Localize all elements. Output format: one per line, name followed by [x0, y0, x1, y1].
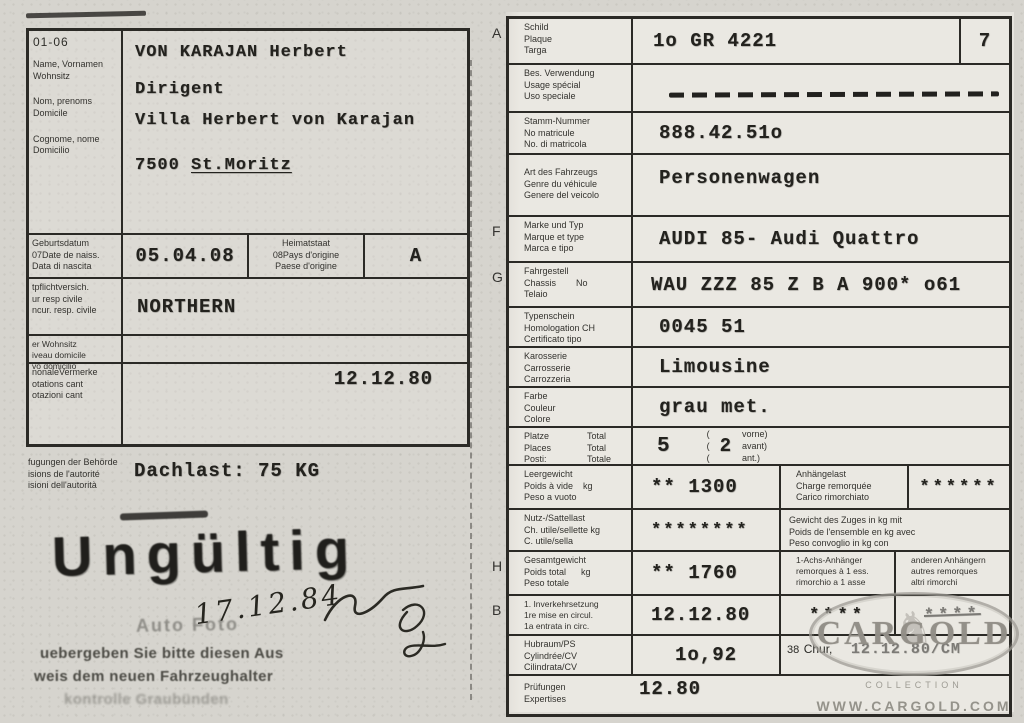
decisions-block: fugungen der Behörde isions de l'autorit…	[26, 454, 476, 494]
colour-value: grau met.	[659, 396, 771, 418]
vehicle-type-value-cell: Personenwagen	[631, 155, 1009, 215]
name-label-de: Name, Vornamen Wohnsitz	[29, 59, 121, 96]
body-label: Karosserie Carrosserie Carrozzeria	[509, 348, 631, 386]
homologation-label: Typenschein Homologation CH Certificato …	[509, 308, 631, 346]
corner-seven: 7	[979, 30, 991, 52]
trailer-load-value: ******	[919, 478, 998, 497]
margin-letter-a: A	[492, 25, 501, 41]
trailer-load-value-cell: ******	[907, 466, 1009, 508]
body-value: Limousine	[659, 356, 771, 378]
row-seats: Platze Places Posti: Total Total Totale …	[509, 428, 1009, 466]
name-label-fr: Nom, prenoms Domicile	[29, 96, 121, 133]
birthdate-value: 05.04.08	[135, 245, 234, 267]
row-residence: er Wohnsitz iveau domicile vo domicilio	[29, 336, 467, 364]
insurance-value: NORTHERN	[137, 296, 236, 318]
origin-label: Heimatstaat 08Pays d'origine Paese d'ori…	[247, 235, 363, 277]
chassis-label: Fahrgestell Chassis No Telaio	[509, 263, 631, 306]
payload-label: Nutz-/Sattellast Ch. utile/sellette kg C…	[509, 510, 631, 550]
holder-profession: Dirigent	[135, 80, 467, 99]
row-weights-2: Nutz-/Sattellast Ch. utile/sellette kg C…	[509, 510, 1009, 552]
row-insurance: tpflichtversich. ur resp civile ncur. re…	[29, 279, 467, 336]
empty-weight-value: ** 1300	[651, 476, 738, 498]
insurance-value-cell: NORTHERN	[121, 279, 467, 334]
payload-value-cell: ********	[631, 510, 779, 550]
margin-letter-b: B	[492, 602, 501, 618]
origin-value-cell: A	[363, 235, 467, 277]
row-first-registration: B 1. Inverkehrsetzung 1re mise en circul…	[509, 596, 1009, 636]
origin-value: A	[410, 245, 422, 267]
empty-weight-value-cell: ** 1300	[631, 466, 779, 508]
seats-front-labels: vorne) avant) ant.)	[742, 428, 768, 464]
make-value-cell: AUDI 85- Audi Quattro	[631, 217, 1009, 261]
inspections-value: 12.80	[639, 678, 701, 700]
plate-label: Schild Plaque Targa	[509, 19, 631, 63]
total-weight-value-cell: ** 1760	[631, 552, 779, 594]
row-remarks: nonaleVermerke otations cant otazioni ca…	[29, 364, 467, 444]
seats-label-right: Total Total Totale	[584, 428, 613, 464]
row-make: F Marke und Typ Marque et type Marca e t…	[509, 217, 1009, 263]
seats-value-cell: 5 ( ( ( 2 vorne) avant) ant.)	[631, 428, 1009, 464]
total-weight-label: Gesamtgewicht Poids total kg Peso totale	[509, 552, 631, 594]
serial-value: 888.42.51o	[659, 122, 783, 144]
row-name: 01-06 Name, Vornamen Wohnsitz Nom, preno…	[29, 31, 467, 235]
colour-label: Farbe Couleur Colore	[509, 388, 631, 426]
issue-place-cell: 38 Chur, 12.12.80/CM	[779, 636, 1009, 674]
first-reg-label: 1. Inverkehrsetzung 1re mise en circul. …	[509, 596, 631, 634]
displacement-value: 1o,92	[675, 644, 737, 666]
row-vehicle-type: Art des Fahrzeugs Genre du véhicule Gene…	[509, 155, 1009, 217]
birthdate-value-cell: 05.04.08	[121, 235, 247, 277]
other-trailer-value: ****	[924, 605, 981, 626]
row-chassis: G Fahrgestell Chassis No Telaio WAU ZZZ …	[509, 263, 1009, 308]
colour-value-cell: grau met.	[631, 388, 1009, 426]
first-reg-value: 12.12.80	[651, 604, 750, 626]
row-birthdate: Geburtsdatum 07Date de naiss. Data di na…	[29, 235, 467, 279]
displacement-value-cell: 1o,92	[631, 636, 779, 674]
row-weights-3: H Gesamtgewicht Poids total kg Peso tota…	[509, 552, 1009, 596]
seats-label-left: Platze Places Posti:	[509, 428, 584, 464]
stamp-smudge	[120, 510, 208, 520]
issue-place-num: 38	[787, 644, 799, 656]
row-inspections: Prüfungen Expertises 12.80	[509, 676, 1009, 714]
make-value: AUDI 85- Audi Quattro	[659, 228, 919, 250]
single-axle-value-cell: ****	[779, 596, 894, 634]
note-line1: uebergeben Sie bitte diesen Aus	[40, 645, 284, 662]
empty-weight-label: Leergewicht Poids à vide kg Peso a vuoto	[509, 466, 631, 508]
margin-letter-h: H	[492, 558, 502, 574]
row-serial: Stamm-Nummer No matricule No. di matrico…	[509, 113, 1009, 155]
corner-box: 7	[959, 19, 1009, 63]
name-label-cell: 01-06 Name, Vornamen Wohnsitz Nom, preno…	[29, 31, 121, 233]
other-trailer-value-cell: ****	[894, 596, 1009, 634]
vehicle-table: A Schild Plaque Targa 1o GR 4221 7 Bes. …	[506, 16, 1012, 717]
plate-value: 1o GR 4221	[653, 30, 777, 52]
special-use-value-cell	[631, 65, 1009, 111]
holder-city: St.Moritz	[191, 156, 292, 175]
holder-zip: 7500	[135, 156, 191, 175]
chassis-value: WAU ZZZ 85 Z B A 900* o61	[651, 274, 961, 296]
residence-label: er Wohnsitz iveau domicile vo domicilio	[29, 336, 121, 362]
invalid-stamp: Ungültig	[51, 516, 360, 589]
homologation-value-cell: 0045 51	[631, 308, 1009, 346]
displacement-label: Hubraum/PS Cylindrée/CV Cilindrata/CV	[509, 636, 631, 674]
vehicle-type-value: Personenwagen	[659, 167, 820, 189]
note-line3: kontrolle Graubünden	[64, 691, 229, 708]
row-homologation: Typenschein Homologation CH Certificato …	[509, 308, 1009, 348]
seats-front: 2	[720, 435, 732, 457]
plate-value-cell: 1o GR 4221 7	[631, 19, 1009, 63]
row-weights-1: Leergewicht Poids à vide kg Peso a vuoto…	[509, 466, 1009, 510]
vehicle-type-label: Art des Fahrzeugs Genre du véhicule Gene…	[509, 155, 631, 215]
roof-load-value: Dachlast: 75 KG	[134, 460, 320, 494]
serial-value-cell: 888.42.51o	[631, 113, 1009, 153]
birthdate-label: Geburtsdatum 07Date de naiss. Data di na…	[29, 235, 121, 277]
serial-label: Stamm-Nummer No matricule No. di matrico…	[509, 113, 631, 153]
special-use-label: Bes. Verwendung Usage spécial Uso specia…	[509, 65, 631, 111]
seats-parens: ( ( (	[707, 428, 710, 464]
holder-city-line: 7500 St.Moritz	[135, 156, 467, 175]
row-plate: A Schild Plaque Targa 1o GR 4221 7	[509, 19, 1009, 65]
insurance-label: tpflichtversich. ur resp civile ncur. re…	[29, 279, 121, 334]
margin-letter-f: F	[492, 223, 501, 239]
row-colour: Farbe Couleur Colore grau met.	[509, 388, 1009, 428]
right-page: A Schild Plaque Targa 1o GR 4221 7 Bes. …	[506, 12, 1014, 712]
left-page: 01-06 Name, Vornamen Wohnsitz Nom, preno…	[24, 20, 476, 720]
seats-label-cell: Platze Places Posti: Total Total Totale	[509, 428, 631, 464]
remarks-label: nonaleVermerke otations cant otazioni ca…	[29, 364, 121, 444]
train-weight-header: Gewicht des Zuges in kg mit Poids de l'e…	[779, 510, 1009, 550]
decisions-label: fugungen der Behörde isions de l'autorit…	[26, 454, 134, 494]
issue-date: 12.12.80/CM	[851, 641, 961, 658]
trailer-load-label: Anhängelast Charge remorquée Carico rimo…	[779, 466, 907, 508]
payload-value: ********	[651, 521, 749, 540]
holder-table: 01-06 Name, Vornamen Wohnsitz Nom, preno…	[26, 28, 470, 447]
first-reg-value-cell: 12.12.80	[631, 596, 779, 634]
crossed-out-dashes	[669, 91, 999, 97]
homologation-value: 0045 51	[659, 316, 746, 338]
scan-smudge	[26, 11, 146, 19]
single-axle-label: 1-Achs-Anhänger remorques à 1 ess. rimor…	[779, 552, 894, 594]
form-code: 01-06	[29, 31, 121, 59]
residence-value-cell	[121, 336, 467, 362]
inspections-value-cell: 12.80	[631, 676, 1009, 714]
seats-total: 5	[657, 435, 671, 458]
make-label: Marke und Typ Marque et type Marca e tip…	[509, 217, 631, 261]
single-axle-value: ****	[809, 606, 866, 625]
note-line2: weis dem neuen Fahrzeughalter	[34, 668, 273, 685]
row-special-use: Bes. Verwendung Usage spécial Uso specia…	[509, 65, 1009, 113]
name-label-it: Cognome, nome Domicilio	[29, 134, 121, 171]
margin-letter-g: G	[492, 269, 503, 285]
remarks-value-cell: 12.12.80	[121, 364, 467, 444]
row-displacement: Hubraum/PS Cylindrée/CV Cilindrata/CV 1o…	[509, 636, 1009, 676]
holder-name: VON KARAJAN Herbert	[135, 43, 467, 62]
chassis-value-cell: WAU ZZZ 85 Z B A 900* o61	[631, 263, 1009, 306]
name-value-cell: VON KARAJAN Herbert Dirigent Villa Herbe…	[121, 31, 467, 233]
other-trailer-label: anderen Anhängern autres remorques altri…	[894, 552, 1009, 594]
handwritten-signature	[319, 580, 469, 665]
inspections-label: Prüfungen Expertises	[509, 676, 631, 714]
remarks-date: 12.12.80	[334, 368, 433, 390]
issue-place: Chur,	[804, 642, 833, 656]
body-value-cell: Limousine	[631, 348, 1009, 386]
total-weight-value: ** 1760	[651, 562, 738, 584]
row-body: Karosserie Carrosserie Carrozzeria Limou…	[509, 348, 1009, 388]
holder-street: Villa Herbert von Karajan	[135, 111, 467, 130]
